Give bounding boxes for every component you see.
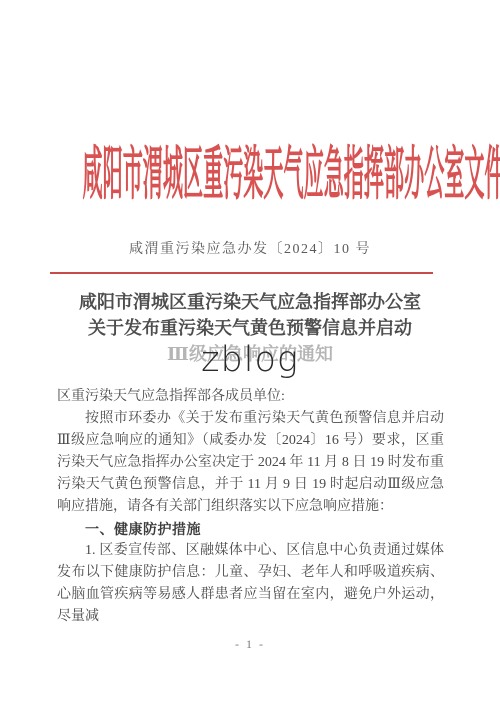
section-heading-1: 一、健康防护措施 bbox=[57, 518, 444, 540]
paragraph-2: 1. 区委宣传部、区融媒体中心、区信息中心负责通过媒体发布以下健康防护信息：儿童… bbox=[57, 540, 444, 628]
red-header-title: 咸阳市渭城区重污染天气应急指挥部办公室文件 bbox=[83, 147, 418, 205]
title-line-1: 咸阳市渭城区重污染天气应急指挥部办公室 bbox=[0, 289, 500, 315]
page-number: - 1 - bbox=[0, 637, 500, 652]
title-line-2: 关于发布重污染天气黄色预警信息并启动 bbox=[0, 315, 500, 341]
document-title: 咸阳市渭城区重污染天气应急指挥部办公室 关于发布重污染天气黄色预警信息并启动 Ⅲ… bbox=[0, 289, 500, 367]
title-line-3: Ⅲ级应急响应的通知 bbox=[0, 341, 500, 367]
red-divider-line bbox=[50, 272, 433, 274]
document-body: 区重污染天气应急指挥部各成员单位: 按照市环委办《关于发布重污染天气黄色预警信息… bbox=[57, 386, 444, 628]
document-page: 咸阳市渭城区重污染天气应急指挥部办公室文件 咸渭重污染应急办发〔2024〕10 … bbox=[0, 0, 500, 707]
salutation-line: 区重污染天气应急指挥部各成员单位: bbox=[57, 386, 444, 408]
doc-number: 咸渭重污染应急办发〔2024〕10 号 bbox=[0, 238, 500, 258]
paragraph-1: 按照市环委办《关于发布重污染天气黄色预警信息并启动Ⅲ级应急响应的通知》（咸委办发… bbox=[57, 408, 444, 518]
